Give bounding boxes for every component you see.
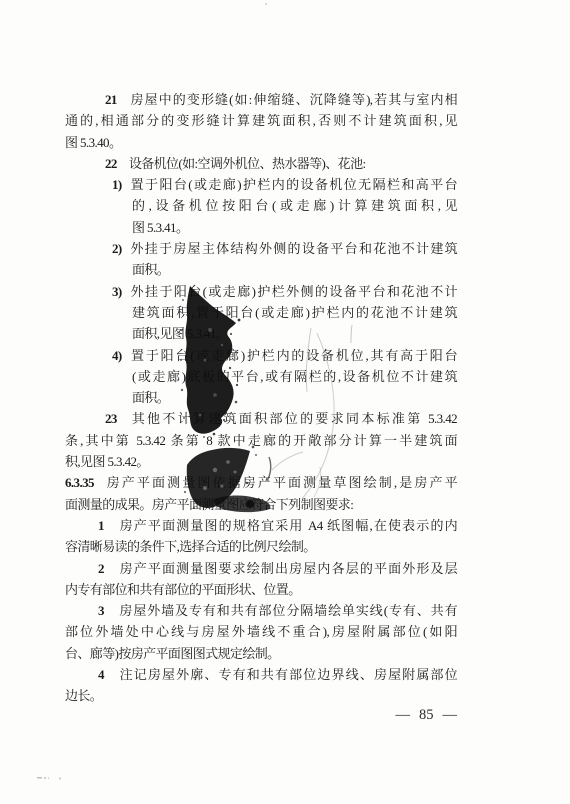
text-line: 21房屋中的变形缝(如:伸缩缝、沉降缝等),若其与室内相 [65,89,457,110]
text-line: 6.3.35房产平面测量图依据房产平面测量草图绘制,是房产平 [65,472,457,493]
text-line: 3)外挂于阳台(或走廊)护栏外侧的设备平台和花池不计 [65,281,457,302]
line-text: 容清晰易读的条件下,选择合适的比例尺绘制。 [65,539,316,554]
text-line: 2房产平面测量图要求绘制出房屋内各层的平面外形及层 [65,558,457,579]
item-number: 6.3.35 [65,475,94,490]
line-text: 的,设备机位按阳台(或走廊)计算建筑面积,见 [132,198,457,213]
line-text: 房产平面测量图依据房产平面测量草图绘制,是房产平 [104,475,457,490]
text-line: 面积。 [65,387,457,408]
line-text: 置于阳台(或走廊)护栏内的设备机位无隔栏和高平台 [129,177,457,192]
item-number: 21 [105,92,117,107]
item-number: 2) [112,241,122,256]
line-text: 部位外墙处中心线与房屋外墙线不重合),房屋附属部位(如阳 [65,624,457,639]
line-text: 建筑面积,置于阳台(或走廊)护栏内的花池不计建筑 [132,305,457,320]
text-line: 台、廊等)按房产平面图图式规定绘制。 [65,643,457,664]
text-line: 内专有部位和共有部位的平面形状、位置。 [65,579,457,600]
line-text: 设备机位(如:空调外机位、热水器等)、花池: [129,156,366,171]
text-line: 图 5.3.41。 [65,217,457,238]
text-line: 1房产平面测量图的规格宜采用 A4 纸图幅,在使表示的内 [65,515,457,536]
text-line: 4)置于阳台(或走廊)护栏内的设备机位,其有高于阳台 [65,345,457,366]
line-text: 注记房屋外廓、专有和共有部位边界线、房屋附属部位 [118,667,457,682]
line-text: 置于阳台(或走廊)护栏内的设备机位,其有高于阳台 [129,348,457,363]
text-line: 面积。 [65,259,457,280]
text-line: 积,见图 5.3.42。 [65,451,457,472]
line-text: 面测量的成果。房产平面测量图应符合下列制图要求: [65,497,353,512]
line-text: 房产平面测量图的规格宜采用 A4 纸图幅,在使表示的内 [118,518,457,533]
line-text: 面积。 [132,390,169,405]
line-text: 通的,相通部分的变形缝计算建筑面积,否则不计建筑面积,见 [65,113,457,128]
line-text: 外挂于房屋主体结构外侧的设备平台和花池不计建筑 [129,241,457,256]
item-number: 3) [112,284,122,299]
footer-dash-left: — [396,707,411,723]
text-line: 图 5.3.40。 [65,132,457,153]
page-number: 85 [419,707,434,723]
text-line: 1)置于阳台(或走廊)护栏内的设备机位无隔栏和高平台 [65,174,457,195]
item-number: 2 [98,561,104,576]
item-number: 23 [105,411,117,426]
text-line: 22设备机位(如:空调外机位、热水器等)、花池: [65,153,457,174]
text-line: (或走廊)底板的平台,或有隔栏的,设备机位不计建筑 [65,366,457,387]
line-text: 图 5.3.41。 [132,220,188,235]
text-line: 的,设备机位按阳台(或走廊)计算建筑面积,见 [65,195,457,216]
text-line: 条,其中第 5.3.42 条第 8 款中走廊的开敞部分计算一半建筑面 [65,430,457,451]
line-text: 面积,见图 5.3.41。 [132,326,228,341]
line-text: 房产平面测量图要求绘制出房屋内各层的平面外形及层 [118,561,457,576]
text-line: 通的,相通部分的变形缝计算建筑面积,否则不计建筑面积,见 [65,110,457,131]
line-text: 内专有部位和共有部位的平面形状、位置。 [65,582,301,597]
item-number: 4 [98,667,104,682]
line-text: 台、廊等)按房产平面图图式规定绘制。 [65,646,280,661]
text-line: 容清晰易读的条件下,选择合适的比例尺绘制。 [65,536,457,557]
text-line: 建筑面积,置于阳台(或走廊)护栏内的花池不计建筑 [65,302,457,323]
line-text: 房屋外墙及专有和共有部位分隔墙绘单实线(专有、共有 [118,603,457,618]
line-text: 边长。 [65,688,102,703]
line-text: 图 5.3.40。 [65,135,121,150]
item-number: 4) [112,348,122,363]
line-text: (或走廊)底板的平台,或有隔栏的,设备机位不计建筑 [132,369,457,384]
line-text: 外挂于阳台(或走廊)护栏外侧的设备平台和花池不计 [129,284,457,299]
text-line: 4注记房屋外廓、专有和共有部位边界线、房屋附属部位 [65,664,457,685]
line-text: 房屋中的变形缝(如:伸缩缝、沉降缝等),若其与室内相 [129,92,457,107]
line-text: 面积。 [132,262,169,277]
item-number: 3 [98,603,104,618]
scanned-document-page: 21房屋中的变形缝(如:伸缩缝、沉降缝等),若其与室内相通的,相通部分的变形缝计… [0,0,570,804]
text-line: 2)外挂于房屋主体结构外侧的设备平台和花池不计建筑 [65,238,457,259]
text-line: 面积,见图 5.3.41。 [65,323,457,344]
line-text: 其他不计算建筑面积部位的要求同本标准第 5.3.42 [129,411,457,426]
text-column: 21房屋中的变形缝(如:伸缩缝、沉降缝等),若其与室内相通的,相通部分的变形缝计… [65,89,457,707]
text-line: 部位外墙处中心线与房屋外墙线不重合),房屋附属部位(如阳 [65,621,457,642]
footer-dash-right: — [443,707,458,723]
item-number: 22 [105,156,117,171]
line-text: 条,其中第 5.3.42 条第 8 款中走廊的开敞部分计算一半建筑面 [65,433,457,448]
text-line: 23其他不计算建筑面积部位的要求同本标准第 5.3.42 [65,408,457,429]
text-line: 3房屋外墙及专有和共有部位分隔墙绘单实线(专有、共有 [65,600,457,621]
line-text: 积,见图 5.3.42。 [65,454,149,469]
item-number: 1) [112,177,122,192]
text-line: 面测量的成果。房产平面测量图应符合下列制图要求: [65,494,457,515]
item-number: 1 [98,518,104,533]
page-footer: —85— [0,704,457,726]
